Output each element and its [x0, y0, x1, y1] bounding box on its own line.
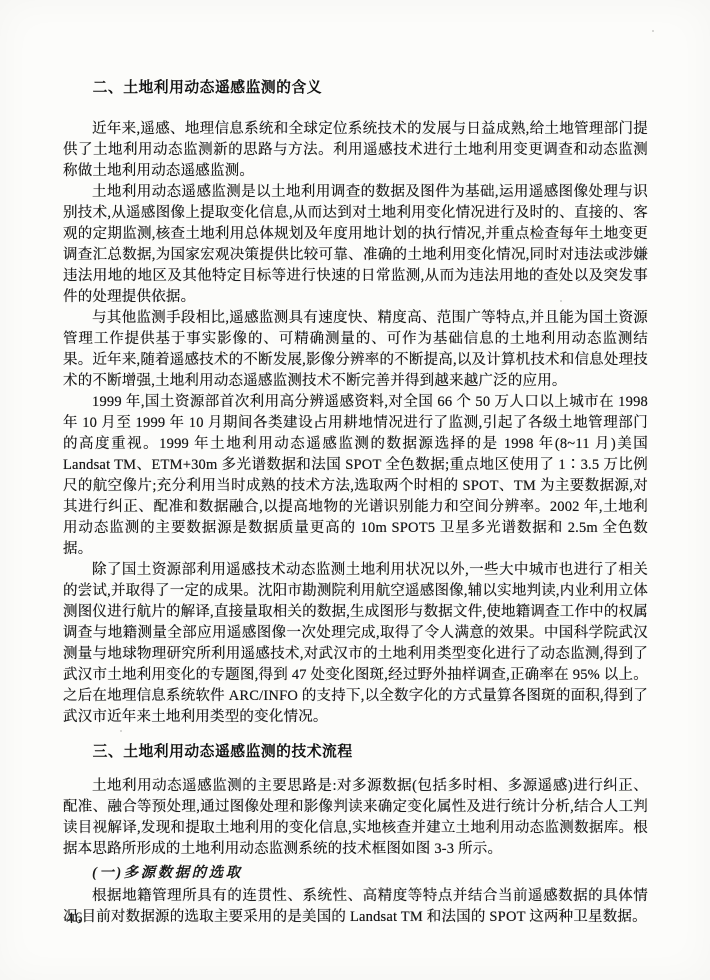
scan-speck [652, 30, 654, 32]
section-heading-3: 三、土地利用动态遥感监测的技术流程 [63, 742, 648, 763]
body-paragraph: 除了国土资源部利用遥感技术动态监测土地利用状况以外,一些大中城市也进行了相关的尝… [63, 560, 648, 728]
body-paragraph: 近年来,遥感、地理信息系统和全球定位系统技术的发展与日益成熟,给土地管理部门提供… [63, 119, 648, 182]
scan-speck [560, 300, 562, 302]
section-heading-2: 二、土地利用动态遥感监测的含义 [63, 78, 648, 99]
body-paragraph: 根据地籍管理所具有的连贯性、系统性、高精度等特点并结合当前遥感数据的具体情况,目… [63, 886, 648, 928]
body-paragraph: 土地利用动态遥感监测的主要思路是:对多源数据(包括多时相、多源遥感)进行纠正、配… [63, 776, 648, 860]
subsection-heading: (一)多源数据的选取 [63, 863, 648, 884]
page-content: 二、土地利用动态遥感监测的含义 近年来,遥感、地理信息系统和全球定位系统技术的发… [63, 78, 648, 928]
body-paragraph: 与其他监测手段相比,遥感监测具有速度快、精度高、范围广等特点,并且能为国土资源管… [63, 308, 648, 392]
scan-speck [120, 730, 122, 732]
body-paragraph: 1999 年,国土资源部首次利用高分辨遥感资料,对全国 66 个 50 万人口以… [63, 392, 648, 560]
page-number: 46 [66, 910, 84, 928]
scan-speck [300, 585, 302, 587]
scanned-document-page: 二、土地利用动态遥感监测的含义 近年来,遥感、地理信息系统和全球定位系统技术的发… [0, 0, 710, 980]
body-paragraph: 土地利用动态遥感监测是以土地利用调查的数据及图件为基础,运用遥感图像处理与识别技… [63, 182, 648, 308]
